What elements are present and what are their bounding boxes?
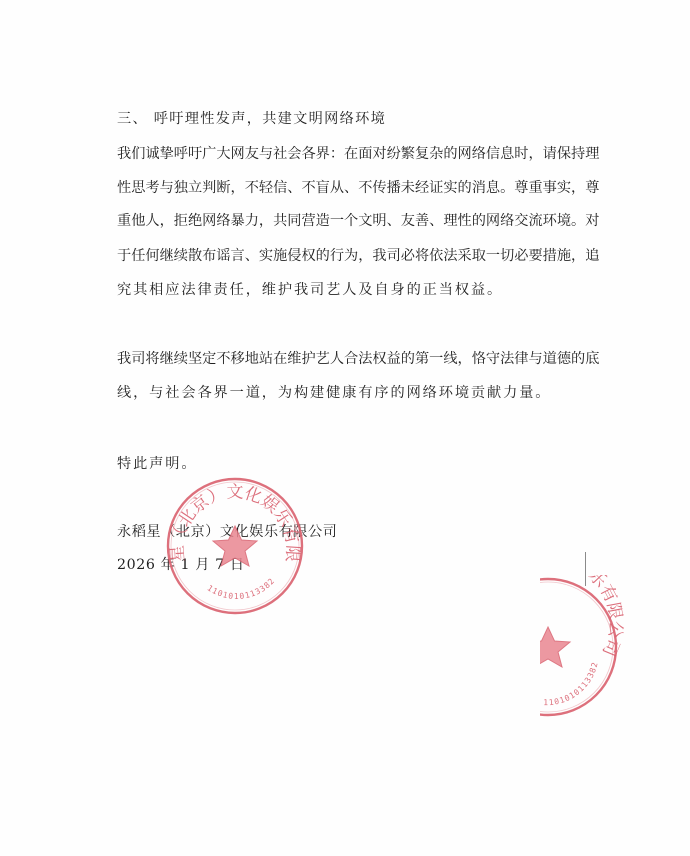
company-seal-stamp: 永稻星（北京）文化娱乐有限公司 1101010113382 xyxy=(163,474,307,618)
seal-arc-text: 永稻星（北京）文化娱乐有限公司 xyxy=(163,474,302,563)
seam-stamp-arc-text: 乐有限公司 xyxy=(584,575,625,659)
paragraph-line: 于任何继续散布谣言、实施侵权的行为，我司必将依法采取一切必要措施，追 xyxy=(117,246,579,266)
signatory-company: 永稻星（北京）文化娱乐有限公司 xyxy=(117,522,337,542)
paragraph-line: 性思考与独立判断，不轻信、不盲从、不传播未经证实的消息。尊重事实，尊 xyxy=(117,178,579,198)
closing-statement: 特此声明。 xyxy=(117,454,197,474)
document-page: 三、 呼吁理性发声，共建文明网络环境 我们诚挚呼吁广大网友与社会各界：在面对纷繁… xyxy=(0,0,690,856)
paragraph-line: 线，与社会各界一道，为构建健康有序的网络环境贡献力量。 xyxy=(117,383,551,403)
paragraph-line: 我们诚挚呼吁广大网友与社会各界：在面对纷繁复杂的网络信息时，请保持理 xyxy=(117,144,579,164)
paragraph-line: 我司将继续坚定不移地站在维护艺人合法权益的第一线，恪守法律与道德的底 xyxy=(117,349,579,369)
star-icon xyxy=(540,627,570,667)
seal-serial-number: 1101010113382 xyxy=(206,576,277,601)
paragraph-line: 究其相应法律责任，维护我司艺人及自身的正当权益。 xyxy=(117,280,503,300)
seam-stamp: 乐有限公司 1101010113382 xyxy=(540,575,630,720)
signature-date: 2026 年 1 月 7 日 xyxy=(117,555,245,575)
paragraph-line: 重他人，拒绝网络暴力，共同营造一个文明、友善、理性的网络交流环境。对 xyxy=(117,211,579,231)
section-heading: 三、 呼吁理性发声，共建文明网络环境 xyxy=(117,109,386,129)
